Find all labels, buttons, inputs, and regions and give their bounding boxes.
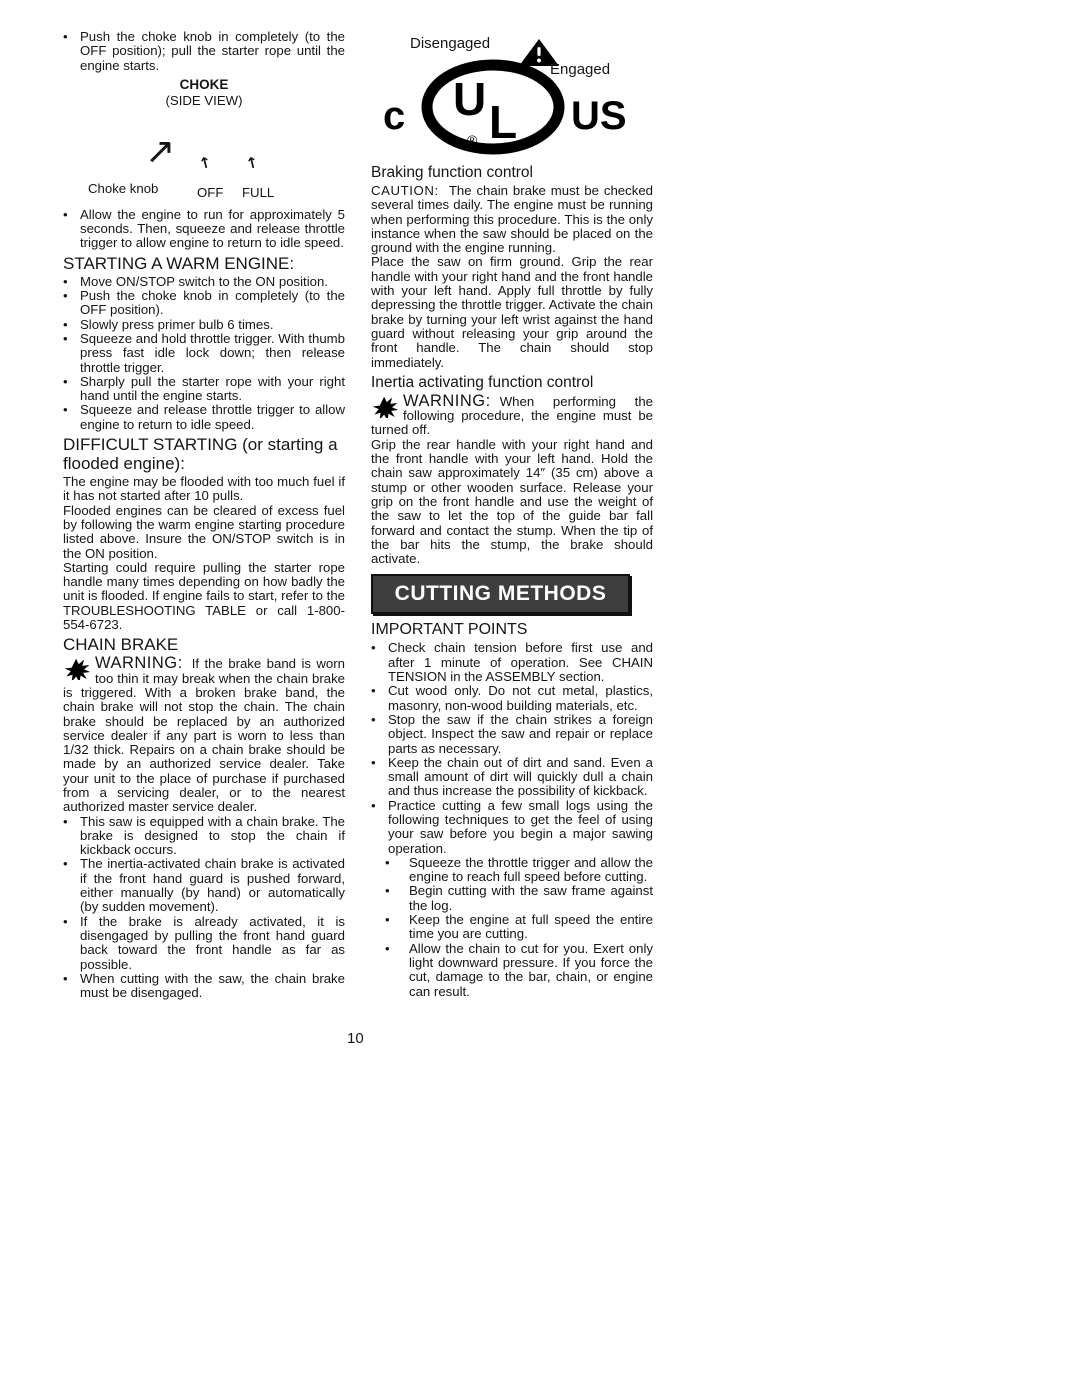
warning-text: If the brake band is worn too thin it ma…	[63, 656, 345, 814]
pointer-arrow-icon: ↗	[145, 134, 175, 170]
bullet-marker: •	[385, 942, 409, 999]
warm-bullet: Squeeze and hold throttle trigger. With …	[80, 332, 345, 375]
difficult-paragraph: Flooded engines can be cleared of excess…	[63, 504, 345, 561]
list-item: • Push the choke knob in completely (to …	[63, 30, 345, 73]
chain-brake-bullet: This saw is equipped with a chain brake.…	[80, 815, 345, 858]
bullet-marker: •	[371, 684, 388, 713]
bullet-marker: •	[63, 857, 80, 914]
caution-label: CAUTION:	[371, 183, 449, 198]
warm-bullet: Push the choke knob in completely (to th…	[80, 289, 345, 318]
list-item: •Squeeze and hold throttle trigger. With…	[63, 332, 345, 375]
indent	[371, 942, 385, 999]
chain-brake-warning: WARNING:If the brake band is worn too th…	[63, 656, 345, 814]
sub-list-item: •Begin cutting with the saw frame agains…	[371, 884, 653, 913]
inertia-function-heading: Inertia activating function control	[371, 374, 653, 392]
caution-paragraph: CAUTION:The chain brake must be checked …	[371, 184, 653, 255]
bullet-marker: •	[371, 756, 388, 799]
inertia-paragraph: Grip the rear handle with your right han…	[371, 438, 653, 567]
page-number: 10	[347, 1030, 364, 1047]
technique-bullet: Allow the chain to cut for you. Exert on…	[409, 942, 653, 999]
logo-letters-us: US	[571, 94, 627, 138]
logo-letter-l: L	[489, 96, 517, 148]
bullet-marker: •	[371, 799, 388, 856]
disengaged-label: Disengaged	[410, 35, 490, 52]
bullet-marker: •	[63, 972, 80, 1001]
important-points-heading: IMPORTANT POINTS	[371, 621, 653, 639]
sub-list-item: •Squeeze the throttle trigger and allow …	[371, 856, 653, 885]
safety-alert-icon	[371, 395, 399, 418]
banner-title: CUTTING METHODS	[395, 582, 607, 606]
difficult-starting-heading: DIFFICULT STARTING (or starting a floode…	[63, 435, 345, 473]
important-bullet: Check chain tension before first use and…	[388, 641, 653, 684]
ul-certification-logo: U L ® c US	[379, 57, 637, 157]
logo-letter-u: U	[453, 73, 486, 125]
important-bullet: Cut wood only. Do not cut metal, plastic…	[388, 684, 653, 713]
chain-brake-bullet: The inertia-activated chain brake is act…	[80, 857, 345, 914]
technique-bullet: Begin cutting with the saw frame against…	[409, 884, 653, 913]
bullet-marker: •	[385, 884, 409, 913]
list-item: •The inertia-activated chain brake is ac…	[63, 857, 345, 914]
chain-brake-bullet: When cutting with the saw, the chain bra…	[80, 972, 345, 1001]
registered-mark: ®	[467, 132, 478, 148]
bullet-marker: •	[371, 641, 388, 684]
important-bullet: Stop the saw if the chain strikes a fore…	[388, 713, 653, 756]
choke-figure-title: CHOKE	[63, 77, 345, 93]
indent	[371, 856, 385, 885]
off-label: OFF	[197, 185, 223, 200]
chain-brake-bullet: If the brake is already activated, it is…	[80, 915, 345, 972]
list-item: •Practice cutting a few small logs using…	[371, 799, 653, 856]
list-item: •This saw is equipped with a chain brake…	[63, 815, 345, 858]
warning-label: WARNING:	[95, 654, 192, 672]
intro-bullet-text: Push the choke knob in completely (to th…	[80, 30, 345, 73]
bullet-marker: •	[63, 289, 80, 318]
bullet-marker: •	[371, 713, 388, 756]
off-arrow-icon: ↑	[197, 155, 213, 173]
left-column: • Push the choke knob in completely (to …	[63, 30, 345, 1000]
bullet-marker: •	[385, 856, 409, 885]
list-item: • Allow the engine to run for approximat…	[63, 208, 345, 251]
list-item: •If the brake is already activated, it i…	[63, 915, 345, 972]
list-item: •Keep the chain out of dirt and sand. Ev…	[371, 756, 653, 799]
warm-bullet: Slowly press primer bulb 6 times.	[80, 318, 345, 332]
choke-knob-label: Choke knob	[88, 181, 158, 196]
list-item: •Move ON/STOP switch to the ON position.	[63, 275, 345, 289]
inertia-warning: WARNING:When performing the following pr…	[371, 394, 653, 438]
indent	[371, 913, 385, 942]
chain-brake-heading: CHAIN BRAKE	[63, 635, 345, 654]
warm-bullet: Move ON/STOP switch to the ON position.	[80, 275, 345, 289]
list-item: •When cutting with the saw, the chain br…	[63, 972, 345, 1001]
list-item: •Slowly press primer bulb 6 times.	[63, 318, 345, 332]
full-arrow-icon: ↑	[244, 155, 260, 173]
choke-diagram: ↗ ↑ ↑ Choke knob OFF FULL	[63, 108, 345, 208]
difficult-paragraph: Starting could require pulling the start…	[63, 561, 345, 632]
sub-list-item: •Allow the chain to cut for you. Exert o…	[371, 942, 653, 999]
bullet-marker: •	[63, 915, 80, 972]
right-column: Disengaged Engaged U L ® c US Braking fu…	[371, 30, 653, 999]
chain-brake-figure: Disengaged Engaged U L ® c US	[371, 30, 653, 160]
bullet-marker: •	[385, 913, 409, 942]
full-label: FULL	[242, 185, 274, 200]
warm-engine-heading: STARTING A WARM ENGINE:	[63, 254, 345, 273]
list-item: •Check chain tension before first use an…	[371, 641, 653, 684]
bullet-marker: •	[63, 815, 80, 858]
list-item: •Cut wood only. Do not cut metal, plasti…	[371, 684, 653, 713]
bullet-marker: •	[63, 30, 80, 73]
allow-bullet-text: Allow the engine to run for approximatel…	[80, 208, 345, 251]
safety-alert-icon	[63, 657, 91, 680]
important-bullet: Practice cutting a few small logs using …	[388, 799, 653, 856]
cutting-methods-banner: CUTTING METHODS	[371, 574, 630, 614]
list-item: •Stop the saw if the chain strikes a for…	[371, 713, 653, 756]
bullet-marker: •	[63, 318, 80, 332]
list-item: •Sharply pull the starter rope with your…	[63, 375, 345, 404]
warm-bullet: Squeeze and release throttle trigger to …	[80, 403, 345, 432]
braking-paragraph: Place the saw on firm ground. Grip the r…	[371, 255, 653, 369]
warm-bullet: Sharply pull the starter rope with your …	[80, 375, 345, 404]
bullet-marker: •	[63, 375, 80, 404]
logo-letter-c: c	[383, 94, 405, 138]
indent	[371, 884, 385, 913]
bullet-marker: •	[63, 332, 80, 375]
technique-bullet: Keep the engine at full speed the entire…	[409, 913, 653, 942]
bullet-marker: •	[63, 403, 80, 432]
technique-bullet: Squeeze the throttle trigger and allow t…	[409, 856, 653, 885]
sub-list-item: •Keep the engine at full speed the entir…	[371, 913, 653, 942]
bullet-marker: •	[63, 208, 80, 251]
braking-function-heading: Braking function control	[371, 164, 653, 182]
important-bullet: Keep the chain out of dirt and sand. Eve…	[388, 756, 653, 799]
choke-figure-subtitle: (SIDE VIEW)	[63, 93, 345, 108]
difficult-paragraph: The engine may be flooded with too much …	[63, 475, 345, 504]
manual-page: • Push the choke knob in completely (to …	[0, 0, 1080, 1397]
list-item: •Push the choke knob in completely (to t…	[63, 289, 345, 318]
bullet-marker: •	[63, 275, 80, 289]
warning-label: WARNING:	[403, 392, 500, 410]
list-item: •Squeeze and release throttle trigger to…	[63, 403, 345, 432]
